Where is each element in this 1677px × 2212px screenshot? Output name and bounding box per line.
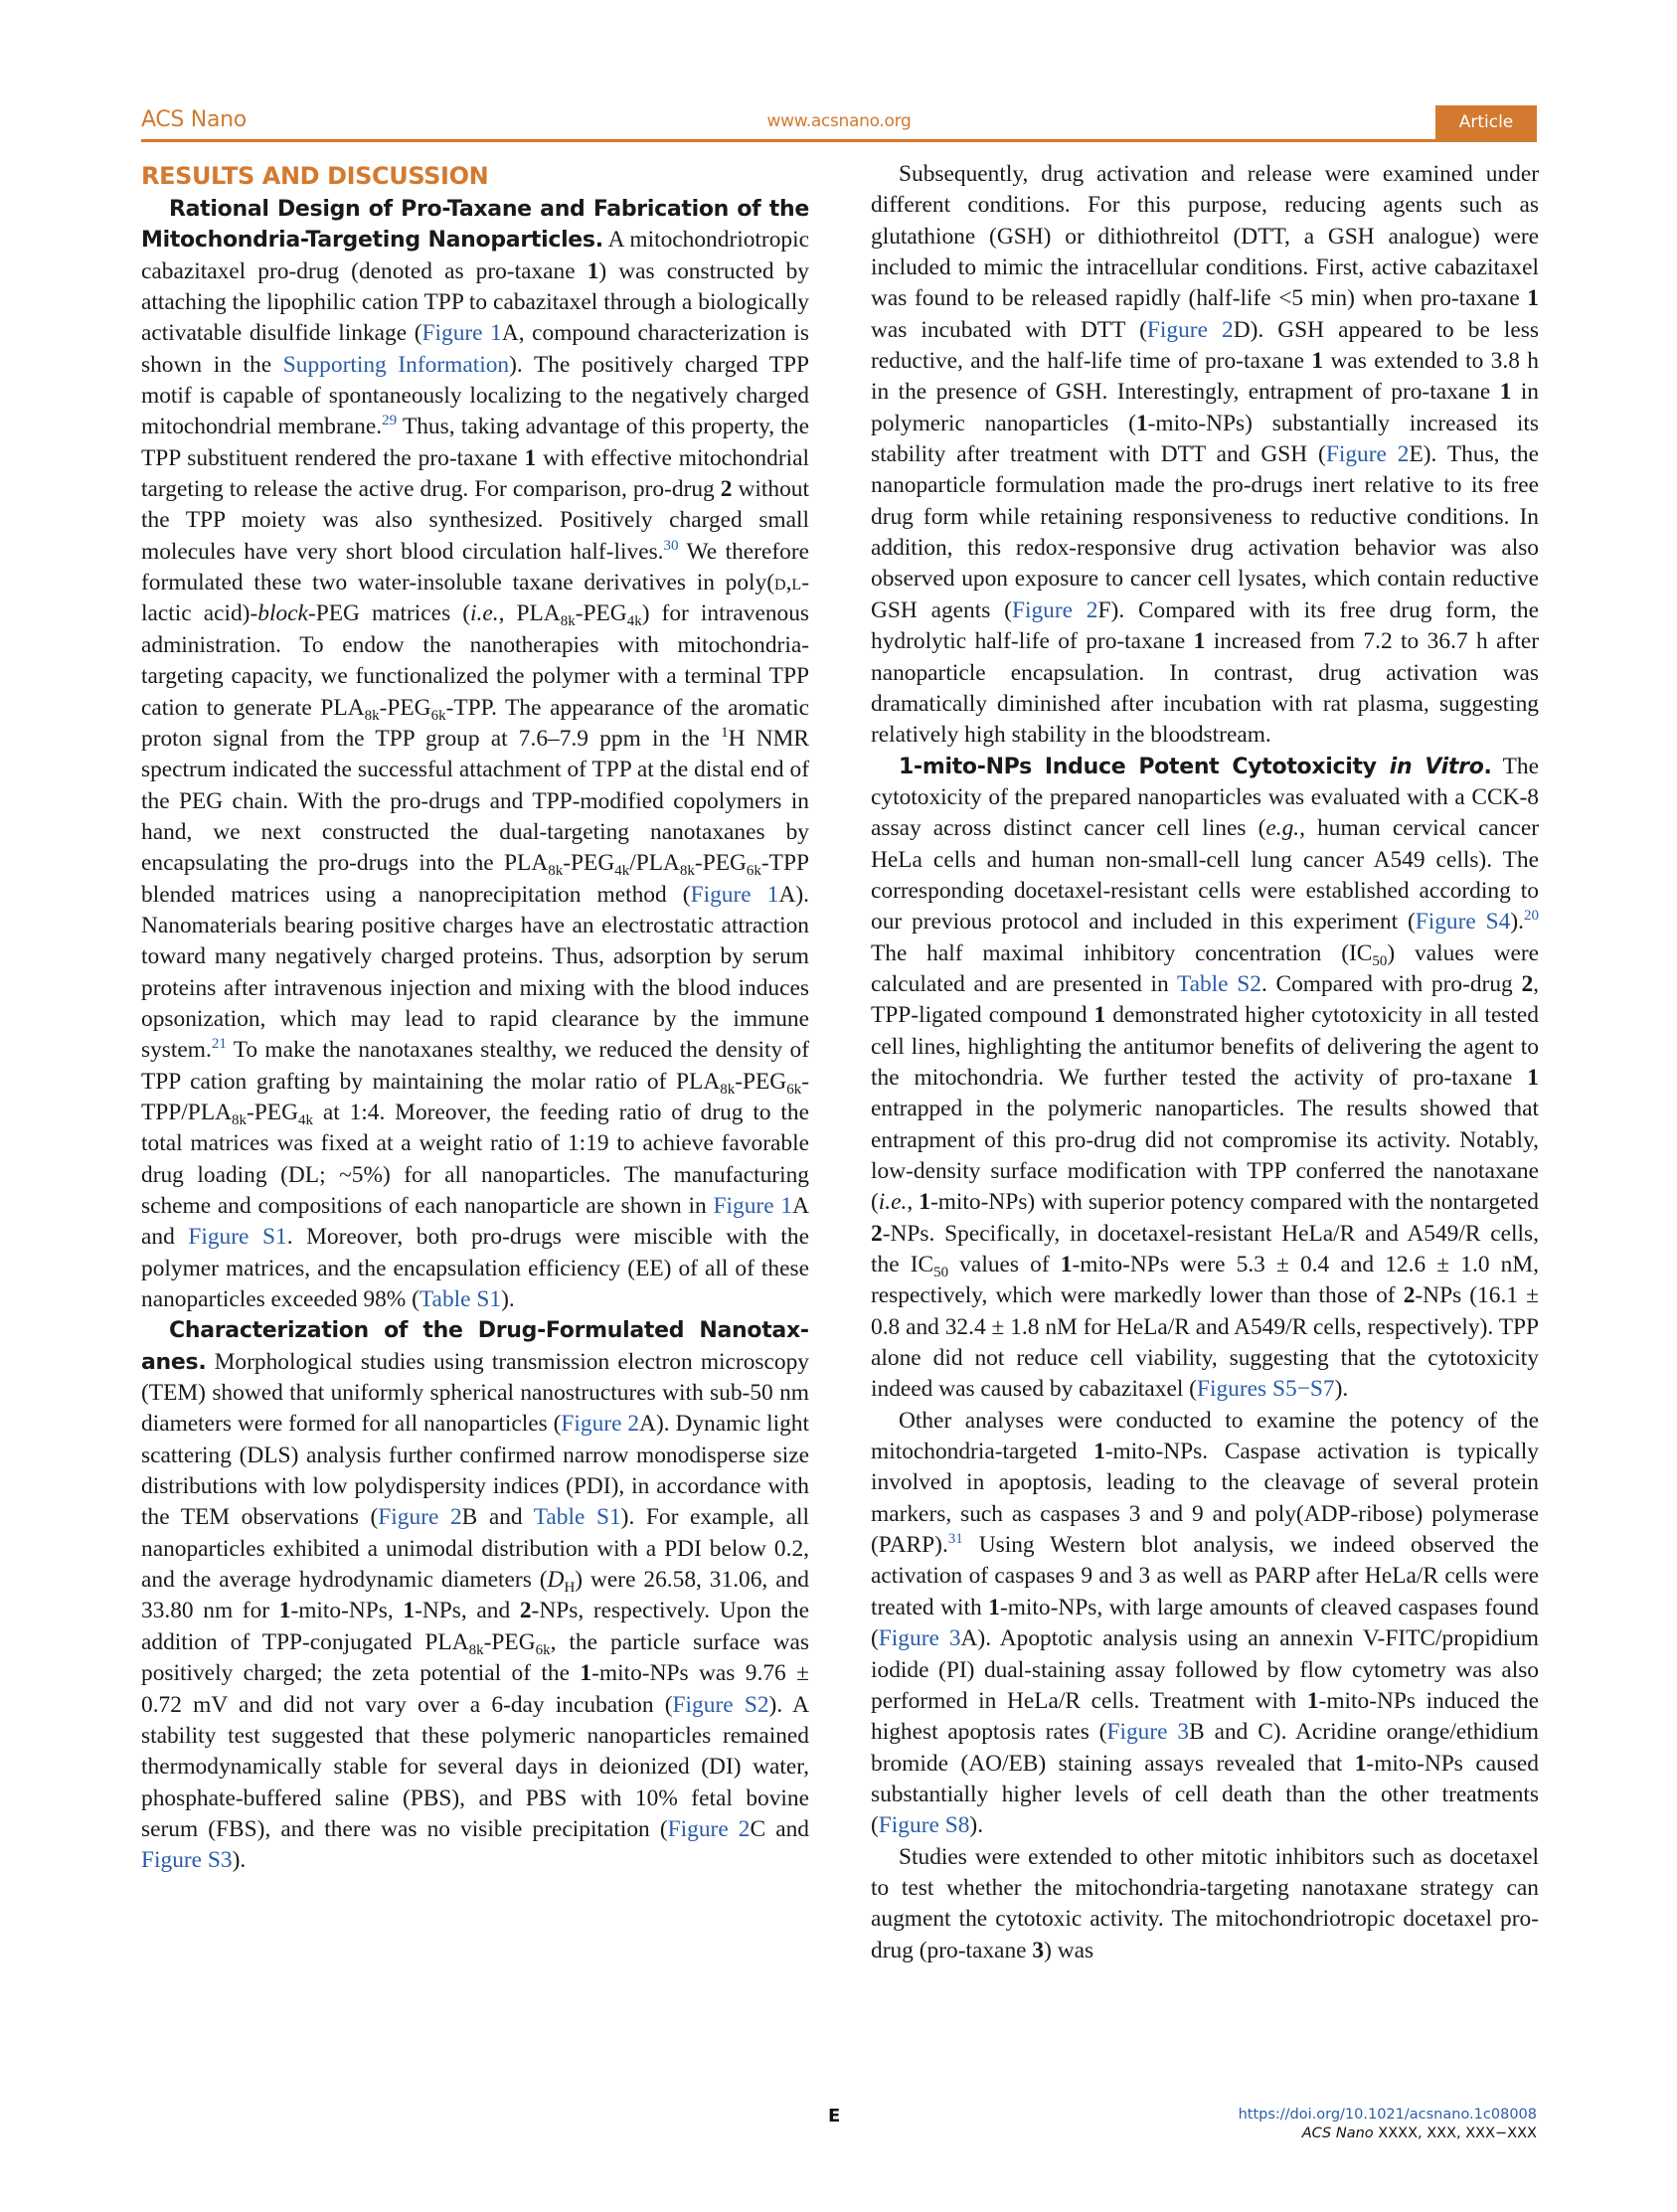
subscript: 6k [786, 1082, 801, 1098]
italic-term: i.e. [879, 1189, 908, 1215]
compound-number: 1 [1061, 1252, 1073, 1277]
compound-number: 1 [403, 1598, 415, 1623]
subscript: 50 [933, 1265, 948, 1280]
left-column: RESULTS AND DISCUSSION Rational Design o… [141, 159, 809, 1877]
figure-link[interactable]: Figure 1 [714, 1193, 793, 1219]
compound-number: 1 [1527, 285, 1539, 311]
compound-number: 1 [1355, 1751, 1367, 1777]
running-header: ACS Nano www.acsnano.org Article [141, 103, 1537, 142]
reference-link[interactable]: 29 [382, 413, 397, 428]
figure-link[interactable]: Figure 2 [668, 1816, 751, 1842]
compound-number: 1 [1500, 379, 1512, 405]
reference-link[interactable]: 31 [948, 1531, 963, 1547]
subscript: 8k [469, 1642, 484, 1658]
compound-number: 2 [520, 1598, 532, 1623]
citation-journal: ACS Nano [1302, 2126, 1374, 2141]
subsection-paragraph: 1-mito-NPs Induce Potent Cytotoxicity in… [871, 752, 1539, 1406]
compound-number: 1 [988, 1595, 1000, 1620]
subsection-paragraph: Characterization of the Drug-Formulated … [141, 1315, 809, 1876]
subscript: 6k [431, 708, 446, 724]
figure-link[interactable]: Figure S4 [1416, 909, 1511, 935]
citation-line: ACS Nano XXXX, XXX, XXX−XXX [1239, 2125, 1537, 2143]
subscript: 8k [680, 863, 695, 879]
subscript: 4k [298, 1112, 313, 1128]
compound-number: 1 [1307, 1688, 1319, 1714]
body-paragraph: Other analyses were conducted to examine… [871, 1406, 1539, 1842]
compound-number: 1 [1311, 348, 1323, 374]
subscript: 6k [536, 1642, 551, 1658]
compound-number: 1 [1194, 628, 1206, 654]
compound-number: 1 [1136, 411, 1148, 436]
compound-number: 1 [1527, 1065, 1539, 1091]
figure-link[interactable]: Figure 2 [1012, 597, 1098, 623]
figure-link[interactable]: Supporting Information [283, 352, 509, 378]
superscript: 1 [721, 725, 729, 741]
compound-number: 1 [580, 1660, 591, 1686]
figure-link[interactable]: Figure 2 [1147, 317, 1234, 343]
italic-term: i.e. [470, 600, 499, 626]
journal-website-link[interactable]: www.acsnano.org [141, 111, 1537, 131]
figure-link[interactable]: Figure 2 [561, 1411, 639, 1437]
subsection-heading: Rational Design of Pro-Taxane and Fabric… [141, 197, 809, 253]
figure-link[interactable]: Figure 1 [422, 320, 502, 346]
compound-number: 2 [1521, 971, 1533, 997]
subscript: 6k [747, 863, 761, 879]
subscript: 50 [1372, 953, 1387, 969]
compound-number: 2 [721, 476, 733, 502]
body-paragraph: Subsequently, drug activation and releas… [871, 159, 1539, 752]
italic-term: e.g. [1265, 815, 1299, 841]
subsection-heading: Characterization of the Drug-Formulated … [141, 1318, 809, 1374]
body-paragraph: Studies were extended to other mitotic i… [871, 1842, 1539, 1966]
subscript: 4k [627, 613, 642, 629]
compound-number: 2 [1404, 1282, 1416, 1308]
subscript: 8k [365, 708, 380, 724]
figure-link[interactable]: Figure S2 [673, 1692, 769, 1718]
footer-citation: https://doi.org/10.1021/acsnano.1c08008 … [1239, 2106, 1537, 2143]
subsection-heading: 1-mito-NPs Induce Potent Cytotoxicity in… [899, 755, 1492, 779]
citation-volume: XXXX, XXX, XXX−XXX [1374, 2126, 1537, 2141]
subscript: H [564, 1580, 575, 1596]
article-type-badge: Article [1435, 105, 1537, 139]
left-paragraphs: Rational Design of Pro-Taxane and Fabric… [141, 194, 809, 1877]
compound-number: 1 [919, 1189, 930, 1215]
compound-number: 3 [1032, 1938, 1044, 1963]
subscript: 8k [561, 613, 576, 629]
compound-number: 2 [871, 1221, 883, 1247]
reference-link[interactable]: 20 [1524, 908, 1539, 924]
figure-link[interactable]: Table S2 [1177, 971, 1261, 997]
doi-link[interactable]: https://doi.org/10.1021/acsnano.1c08008 [1239, 2106, 1537, 2125]
figure-link[interactable]: Figure 2 [378, 1504, 461, 1530]
figure-link[interactable]: Table S1 [534, 1504, 621, 1530]
figure-link[interactable]: Figure 1 [691, 882, 779, 908]
italic-term: in Vitro [1390, 755, 1484, 779]
subscript: 8k [720, 1082, 735, 1098]
right-column: Subsequently, drug activation and releas… [871, 159, 1539, 1966]
figure-link[interactable]: Figure 2 [1326, 441, 1410, 467]
section-title: RESULTS AND DISCUSSION [141, 159, 809, 193]
reference-link[interactable]: 30 [664, 538, 679, 554]
figure-link[interactable]: Figures S5−S7 [1197, 1376, 1335, 1402]
compound-number: 1 [525, 445, 537, 471]
subscript: 4k [614, 863, 629, 879]
reference-link[interactable]: 21 [212, 1036, 227, 1052]
figure-link[interactable]: Figure 3 [1106, 1719, 1189, 1745]
italic-term: D [548, 1567, 565, 1593]
subsection-paragraph: Rational Design of Pro-Taxane and Fabric… [141, 194, 809, 1315]
subscript: 8k [548, 863, 563, 879]
figure-link[interactable]: Figure S3 [141, 1847, 233, 1873]
figure-link[interactable]: Figure 3 [879, 1625, 961, 1651]
subscript: 8k [232, 1112, 247, 1128]
figure-link[interactable]: Figure S8 [879, 1812, 970, 1838]
compound-number: 1 [1094, 1002, 1106, 1028]
figure-link[interactable]: Table S1 [419, 1286, 501, 1312]
page-number: E [828, 2106, 840, 2127]
compound-number: 1 [279, 1598, 291, 1623]
italic-term: block [257, 600, 308, 626]
figure-link[interactable]: Figure S1 [188, 1224, 286, 1250]
small-caps: d,l [774, 570, 801, 596]
right-paragraphs: Subsequently, drug activation and releas… [871, 159, 1539, 1966]
compound-number: 1 [1093, 1439, 1105, 1464]
compound-number: 1 [587, 258, 599, 284]
